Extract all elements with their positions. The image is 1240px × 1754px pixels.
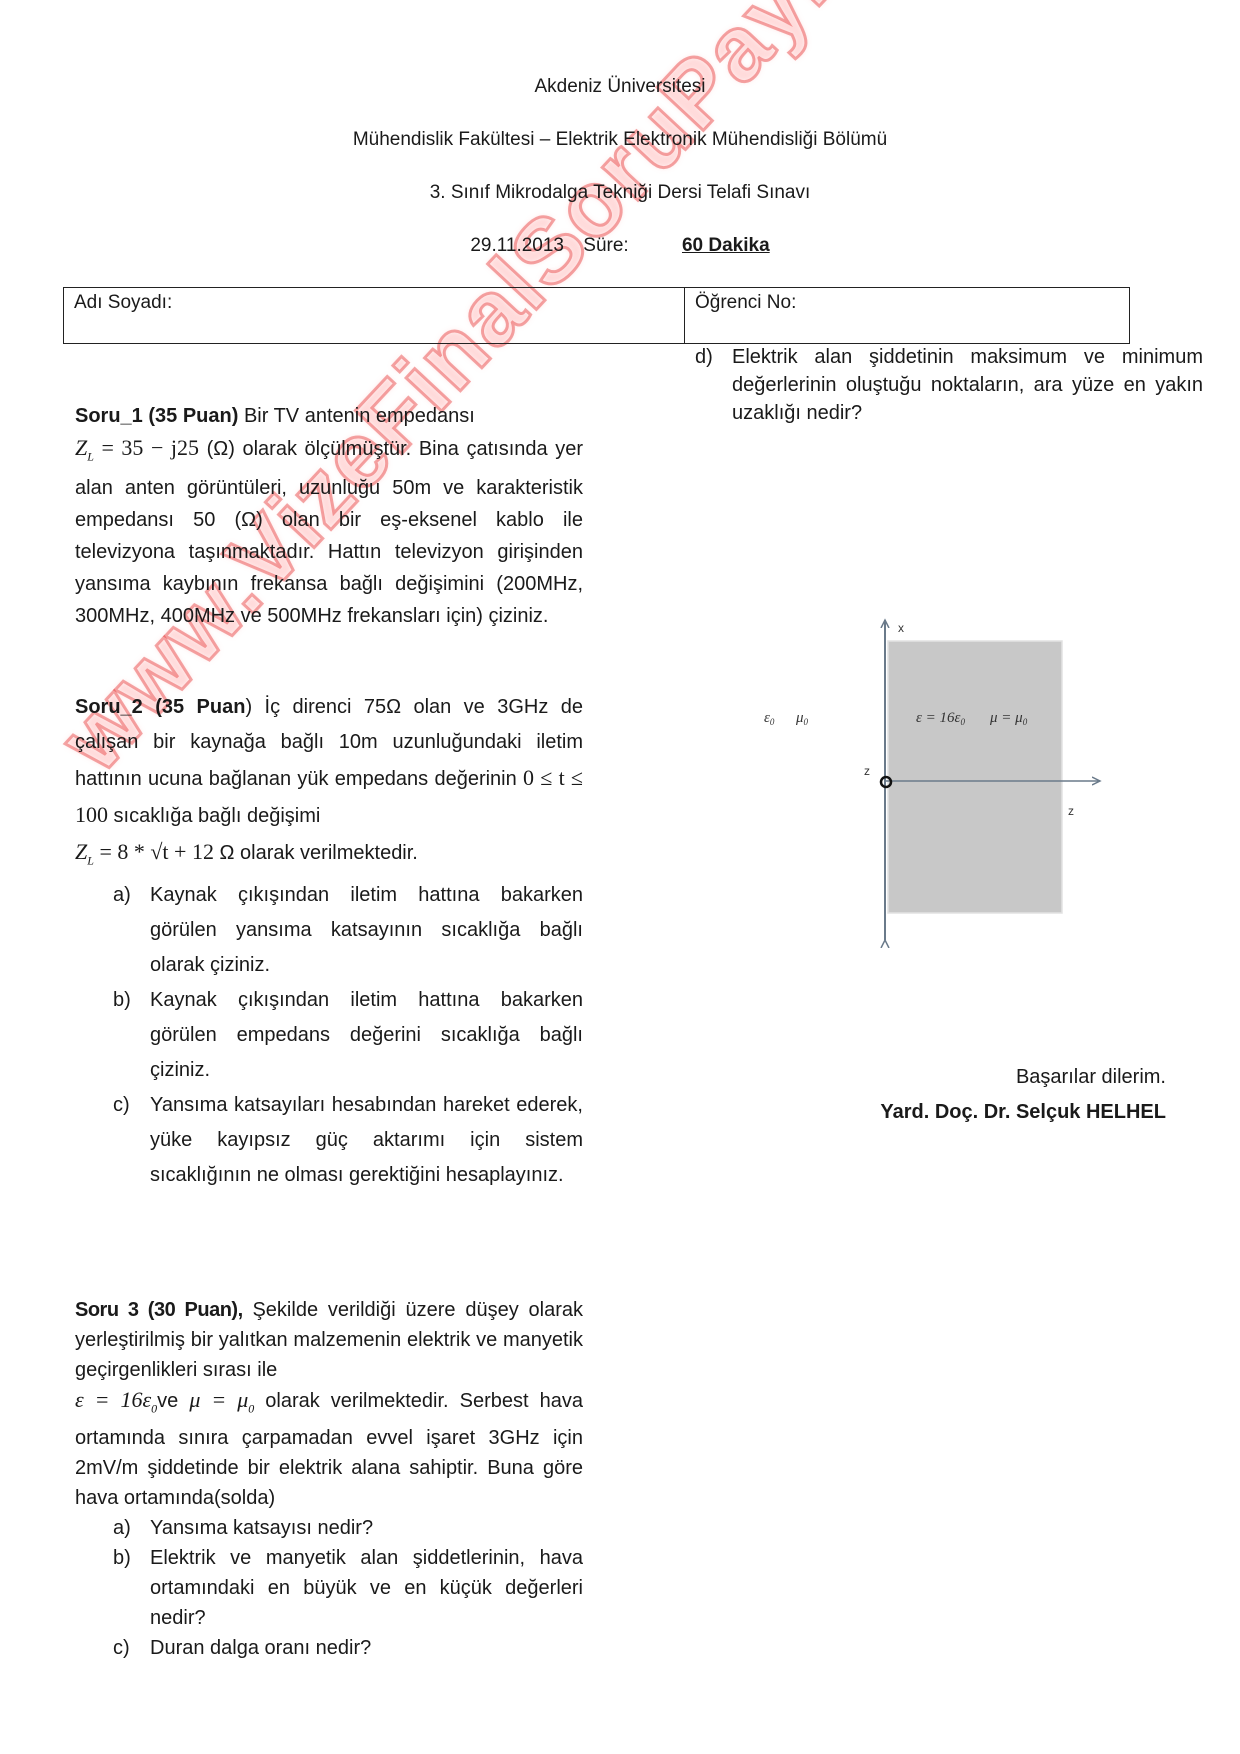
q1-title: Soru_1 (35 Puan) (75, 405, 238, 427)
q3-item-c: c)Duran dalga oranı nedir? (75, 1633, 583, 1663)
good-luck-text: Başarılar dilerim. (1016, 1066, 1166, 1089)
q2-item-a-label: a) (113, 878, 131, 913)
q2-after: olarak verilmektedir. (234, 842, 417, 864)
q3-ve: ve (157, 1390, 178, 1412)
q3-mu-text: μ = μ (189, 1387, 248, 1412)
question-3: Soru 3 (30 Puan), Şekilde verildiği üzer… (75, 1295, 583, 1663)
q3-mu: μ = μ0 (189, 1387, 254, 1412)
q3-item-a: a)Yansıma katsayısı nedir? (75, 1513, 583, 1543)
q2-item-b-text: Kaynak çıkışından iletim hattına bakarke… (150, 989, 583, 1081)
q3-eps-text: ε = 16ε (75, 1387, 151, 1412)
duration-value: 60 Dakika (682, 235, 770, 257)
instructor-name: Yard. Doç. Dr. Selçuk HELHEL (880, 1101, 1166, 1124)
air-mu-label: μ0 (795, 710, 809, 727)
q3-item-b-text: Elektrik ve manyetik alan şiddetlerinin,… (150, 1547, 583, 1629)
dielectric-mu-label: μ = μ0 (989, 710, 1028, 727)
q1-formula: ZL = 35 − j25 (75, 435, 199, 460)
axis-x-label: x (898, 621, 904, 635)
dielectric-eps-label: ε = 16ε0 (916, 710, 965, 727)
q3-item-c-label: c) (113, 1633, 130, 1663)
q2-formula-rhs: = 8 * √t + 12 (94, 839, 214, 864)
q2-intro2: sıcaklığa bağlı değişimi (108, 805, 320, 827)
q3-item-d-text: Elektrik alan şiddetinin maksimum ve min… (732, 346, 1203, 424)
question-1: Soru_1 (35 Puan) Bir TV antenin empedans… (75, 400, 583, 632)
exam-date: 29.11.2013 (470, 235, 564, 257)
q3-item-b: b)Elektrik ve manyetik alan şiddetlerini… (75, 1543, 583, 1633)
q3-item-d: d) Elektrik alan şiddetinin maksimum ve … (695, 343, 1203, 427)
axis-z-right-label: z (1068, 804, 1074, 818)
exam-title: 3. Sınıf Mikrodalga Tekniği Dersi Telafi… (0, 182, 1240, 204)
exam-date-line: 29.11.2013 Süre: 60 Dakika (0, 235, 1240, 257)
q3-item-b-label: b) (113, 1543, 131, 1573)
q2-formula-unit: Ω (214, 842, 235, 864)
q2-title: Soru_2 (35 Puan (75, 696, 245, 718)
student-info-table: Adı Soyadı: Öğrenci No: (63, 287, 1130, 344)
q3-item-c-text: Duran dalga oranı nedir? (150, 1637, 371, 1659)
student-no-label: Öğrenci No: (695, 292, 796, 313)
q2-item-a: a)Kaynak çıkışından iletim hattına bakar… (75, 878, 583, 983)
question-2: Soru_2 (35 Puan) İç direnci 75Ω olan ve … (75, 690, 583, 1193)
q3-eps: ε = 16ε0 (75, 1387, 157, 1412)
q1-formula-sub: L (87, 449, 94, 463)
q1-formula-rhs: = 35 − j25 (94, 435, 199, 460)
name-field[interactable]: Adı Soyadı: (64, 288, 685, 344)
q2-item-b: b)Kaynak çıkışından iletim hattına bakar… (75, 983, 583, 1088)
q3-title: Soru 3 (30 Puan), (75, 1299, 243, 1321)
student-no-field[interactable]: Öğrenci No: (685, 288, 1130, 344)
university-title: Akdeniz Üniversitesi (0, 76, 1240, 98)
q2-item-c-text: Yansıma katsayıları hesabından hareket e… (150, 1094, 583, 1186)
q2-formula: ZL = 8 * √t + 12 (75, 839, 214, 864)
dielectric-region (888, 641, 1062, 913)
q1-intro: Bir TV antenin empedansı (238, 405, 474, 427)
q1-body: (Ω) olarak ölçülmüştür. Bina çatısında y… (75, 438, 583, 627)
q2-item-c-label: c) (113, 1088, 130, 1123)
q3-item-a-label: a) (113, 1513, 131, 1543)
q2-item-c: c)Yansıma katsayıları hesabından hareket… (75, 1088, 583, 1193)
q3-item-d-label: d) (695, 343, 713, 371)
axis-z-left-label: z (864, 764, 870, 778)
q3-item-a-text: Yansıma katsayısı nedir? (150, 1517, 373, 1539)
dielectric-diagram: x z z ε0 μ0 ε = 16ε0 μ = μ0 (740, 610, 1120, 950)
faculty-title: Mühendislik Fakültesi – Elektrik Elektro… (0, 129, 1240, 151)
name-label: Adı Soyadı: (74, 292, 172, 313)
q2-formula-sub: L (87, 853, 94, 867)
duration-label: Süre: (583, 235, 628, 257)
q2-item-b-label: b) (113, 983, 131, 1018)
q2-formula-lhs: Z (75, 839, 87, 864)
air-eps-label: ε0 (764, 710, 775, 727)
q2-item-a-text: Kaynak çıkışından iletim hattına bakarke… (150, 884, 583, 976)
q1-formula-lhs: Z (75, 435, 87, 460)
